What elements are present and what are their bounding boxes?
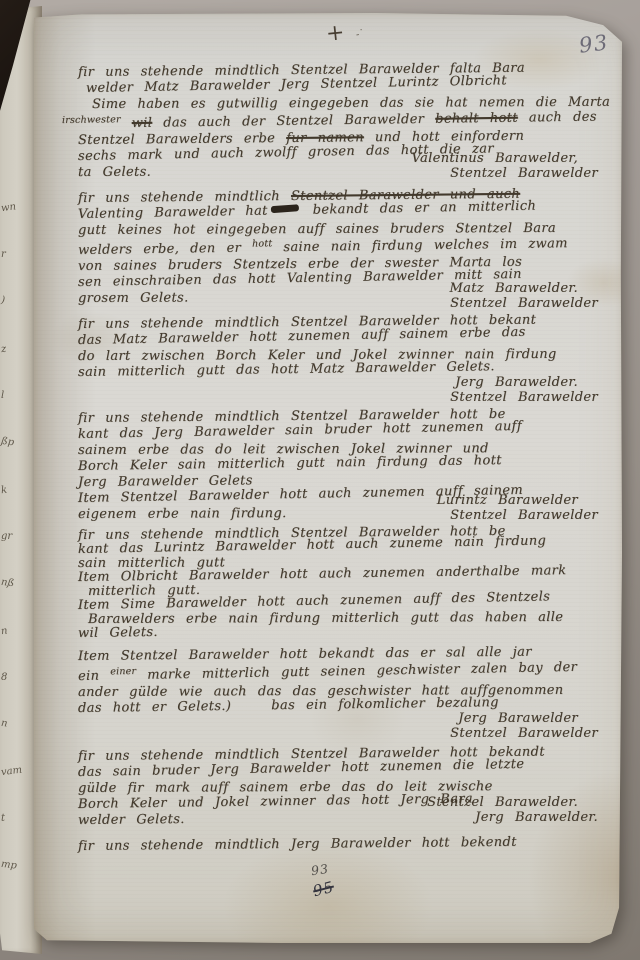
paragraph-entry: fir uns stehende mindtlich Jerg Baraweld… xyxy=(78,839,614,855)
handwritten-text: wil Gelets. xyxy=(78,625,158,641)
handwritten-text: das auch der Stentzel Barawelder xyxy=(152,112,435,131)
facing-page-text-fragment: k xyxy=(0,483,21,496)
inserted-text: einer xyxy=(110,666,136,677)
paragraph-entry: fir uns stehende mindtlich Stentzel Bara… xyxy=(78,529,614,641)
manuscript-page: + -˙ 93 fir uns stehende mindtlich Stent… xyxy=(34,13,622,943)
facing-page-text-fragment: z xyxy=(0,342,21,355)
facing-page-text-fragment: r xyxy=(1,249,21,260)
facing-page-text-fragment: n xyxy=(0,624,21,637)
paragraph-entry: fir uns stehende mindtlich Stentzel Bara… xyxy=(78,65,614,181)
handwritten-text: Valenting Barawelder hat xyxy=(78,204,268,222)
handwritten-text: auch des xyxy=(518,110,597,126)
facing-page-text-fragment: nß xyxy=(0,577,21,590)
facing-page-text-fragment: n xyxy=(0,718,21,731)
text-line: eigenem erbe nain firdung. xyxy=(78,505,614,523)
handwritten-text: bas ein folkomlicher bezalung xyxy=(231,695,499,714)
handwritten-text: fir uns stehende mindtlich Jerg Baraweld… xyxy=(78,835,517,854)
signature: Stentzel Barawelder xyxy=(78,726,598,741)
cross-mark: + xyxy=(325,20,346,47)
page-number-bottom: 93 xyxy=(310,861,330,878)
handwritten-text: saine nain firdung welches im zwam xyxy=(272,236,568,255)
paragraph-entry: fir uns stehende mindtlich Stentzel Bara… xyxy=(78,749,614,825)
paragraph-entry: fir uns stehende mindtlich Stentzel Bara… xyxy=(78,191,614,311)
page-number-top: 93 xyxy=(578,30,610,57)
manuscript-photo: wnr)zlßpkgrnßn8nvamtmp + -˙ 93 fir uns s… xyxy=(0,0,640,960)
facing-page-text-fragment: t xyxy=(1,813,21,824)
handwritten-text: ein xyxy=(78,668,111,684)
facing-page-text-fragment: 8 xyxy=(1,672,21,683)
facing-page-text-fragment: ) xyxy=(0,295,21,308)
handwritten-text: das hott er Gelets.) xyxy=(78,699,231,716)
handwritten-text: welder Gelets. xyxy=(78,812,185,828)
facing-page-text-fragment: vam xyxy=(0,765,21,778)
handwritten-text xyxy=(121,116,132,131)
page-wrapper: + -˙ 93 fir uns stehende mindtlich Stent… xyxy=(34,13,622,943)
facing-page-text-fragment: l xyxy=(1,390,21,401)
ink-blot xyxy=(270,204,298,213)
inserted-text: irschwester xyxy=(62,114,121,126)
signature: Stentzel Barawelder xyxy=(78,390,598,405)
top-dash-mark: -˙ xyxy=(355,28,365,40)
handwritten-text-block: fir uns stehende mindtlich Stentzel Bara… xyxy=(78,65,614,863)
struck-text: wil xyxy=(132,116,153,131)
facing-page-text-fragment: mp xyxy=(0,859,21,872)
struck-text: behalt hott xyxy=(435,111,518,127)
text-line: grosem Gelets. xyxy=(78,289,614,307)
handwritten-text: marke mitterlich gutt seinen geschwister… xyxy=(136,660,577,683)
handwritten-text: grosem Gelets. xyxy=(78,291,189,306)
facing-page-text-fragment: wn xyxy=(0,201,21,214)
paragraph-entry: fir uns stehende mindtlich Stentzel Bara… xyxy=(78,411,614,523)
text-line: ta Gelets. xyxy=(78,163,614,181)
paragraph-entry: Item Stentzel Barawelder hott bekandt da… xyxy=(78,649,614,741)
facing-page-text-fragment: gr xyxy=(1,531,21,542)
text-line: fir uns stehende mindtlich Jerg Baraweld… xyxy=(78,834,614,855)
handwritten-text: bekandt das er an mitterlich xyxy=(302,199,537,218)
handwritten-text: eigenem erbe nain firdung. xyxy=(78,506,287,522)
handwritten-text: welders erbe, den er xyxy=(78,241,252,258)
handwritten-text: ta Gelets. xyxy=(78,165,151,180)
facing-page-text-fragment: ßp xyxy=(0,436,21,449)
paragraph-entry: fir uns stehende mindtlich Stentzel Bara… xyxy=(78,317,614,405)
inserted-text: hott xyxy=(252,238,272,249)
crossed-out-number: 95 xyxy=(311,878,336,901)
